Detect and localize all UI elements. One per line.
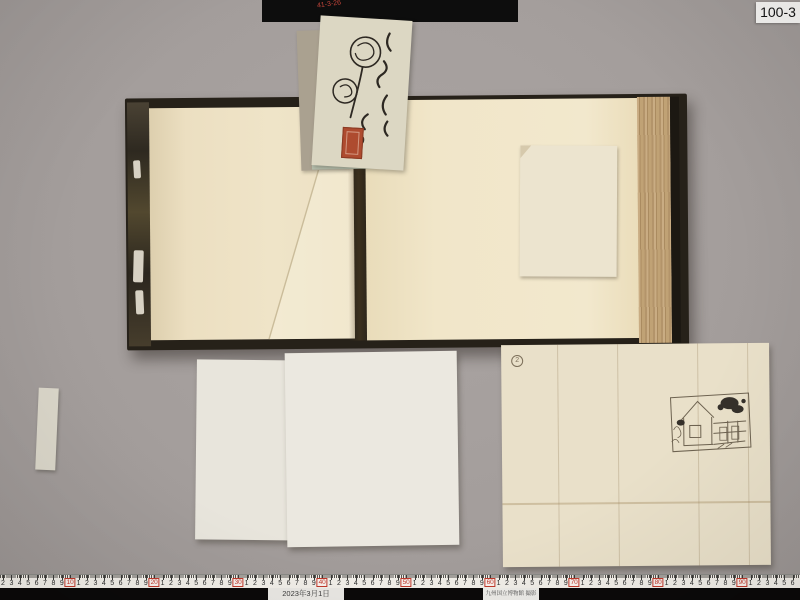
ruler-number: 6: [707, 579, 711, 588]
ruler-number: 3: [345, 579, 349, 588]
ruler-number: 6: [371, 579, 375, 588]
ruler-decade-number: 20: [149, 578, 160, 587]
ruler-number: 6: [119, 579, 123, 588]
ruler-number: 6: [455, 579, 459, 588]
ruler-number: 7: [631, 579, 635, 588]
ruler-number: 8: [135, 579, 139, 588]
ruler-decade-number: 70: [569, 578, 580, 587]
fold-crease: [617, 344, 620, 566]
ruler-number: 4: [774, 579, 778, 588]
museum-credit-label: 九州国立博物館 撮影: [483, 588, 539, 600]
ruler-number: 1: [161, 579, 165, 588]
ruler-number: 2: [337, 579, 341, 588]
ruler-number: 1: [497, 579, 501, 588]
ruler-number: 5: [110, 579, 114, 588]
ruler-number: 9: [396, 579, 400, 588]
ruler-number: 4: [690, 579, 694, 588]
ruler-decade-number: 30: [233, 578, 244, 587]
ruler-number: 3: [261, 579, 265, 588]
ruler-number: 2: [169, 579, 173, 588]
ruler-number: 8: [471, 579, 475, 588]
letter-with-house-sketch: 2: [501, 343, 771, 567]
pasted-postcard: [520, 145, 618, 277]
ruler-number: 8: [723, 579, 727, 588]
ruler-number: 7: [43, 579, 47, 588]
small-label-slip: [35, 388, 59, 471]
ruler-number: 4: [270, 579, 274, 588]
ruler-number: 1: [749, 579, 753, 588]
ruler-number: 2: [589, 579, 593, 588]
ruler-number: 3: [9, 579, 13, 588]
ruler-number: 9: [144, 579, 148, 588]
ruler-number: 4: [522, 579, 526, 588]
ruler-number: 1: [245, 579, 249, 588]
ruler-number: 3: [93, 579, 97, 588]
ruler-number: 1: [413, 579, 417, 588]
paper-tag: [312, 15, 413, 170]
photo-id-label: 100-3: [756, 2, 800, 23]
ruler-decade-number: 80: [653, 578, 664, 587]
ruler-number: 4: [186, 579, 190, 588]
ruler-number: 1: [329, 579, 333, 588]
ruler-number: 8: [51, 579, 55, 588]
ruler-number: 4: [438, 579, 442, 588]
ruler-number: 6: [203, 579, 207, 588]
ruler-number: 2: [505, 579, 509, 588]
ruler-number: 6: [35, 579, 39, 588]
ruler-number: 5: [698, 579, 702, 588]
card-folded-corner: [520, 145, 531, 158]
ruler-decade-number: 90: [737, 578, 748, 587]
ruler-number: 9: [312, 579, 316, 588]
ruler-number: 5: [530, 579, 534, 588]
ruler-number: 2: [85, 579, 89, 588]
spine-tear: [133, 160, 141, 178]
ruler-number: 9: [648, 579, 652, 588]
ruler-decade-number: 50: [401, 578, 412, 587]
ruler-number: 5: [782, 579, 786, 588]
ruler-number: 1: [581, 579, 585, 588]
photo-date-label: 2023年3月1日: [268, 588, 344, 600]
letter-sheet-front: [285, 351, 460, 547]
ruler-number: 2: [253, 579, 257, 588]
ruler-number: 2: [757, 579, 761, 588]
ruler-number: 9: [480, 579, 484, 588]
ruler-number: 7: [211, 579, 215, 588]
ruler-number: 6: [623, 579, 627, 588]
open-album-book: [125, 94, 689, 351]
ruler-number: 6: [287, 579, 291, 588]
fold-crease-horizontal: [502, 501, 770, 505]
ruler-number: 2: [421, 579, 425, 588]
ruler-number: 5: [362, 579, 366, 588]
stamp-inner-frame: [345, 131, 359, 155]
ruler-number: 5: [194, 579, 198, 588]
ruler-number: 8: [555, 579, 559, 588]
ruler-number: 9: [228, 579, 232, 588]
ruler-number: 7: [715, 579, 719, 588]
ruler-number: 6: [539, 579, 543, 588]
ruler-number: 6: [791, 579, 795, 588]
red-postage-stamp: [341, 127, 364, 159]
ruler-decade-number: 60: [485, 578, 496, 587]
ruler-number: 3: [429, 579, 433, 588]
ruler-number: 7: [295, 579, 299, 588]
ruler-number: 7: [379, 579, 383, 588]
ruler-number: 5: [446, 579, 450, 588]
ruler-number: 7: [127, 579, 131, 588]
ruler-number: 4: [606, 579, 610, 588]
ruler-number: 9: [60, 579, 64, 588]
circled-page-number: 2: [511, 355, 523, 367]
spine-tear: [133, 250, 144, 282]
centimeter-ruler: 2345678910123456789201234567893012345678…: [0, 574, 800, 588]
ruler-number: 5: [614, 579, 618, 588]
ruler-number: 3: [177, 579, 181, 588]
ruler-number: 9: [564, 579, 568, 588]
ruler-number: 4: [18, 579, 22, 588]
ruler-number: 8: [639, 579, 643, 588]
ruler-number: 1: [77, 579, 81, 588]
ruler-number: 8: [219, 579, 223, 588]
color-calibration-patches: [345, 588, 483, 600]
ruler-number: 4: [354, 579, 358, 588]
ruler-number: 7: [463, 579, 467, 588]
book-spine-worn: [127, 102, 151, 346]
photograph-stage: 100-3: [0, 0, 800, 600]
ruler-number: 4: [102, 579, 106, 588]
ruler-number: 5: [26, 579, 30, 588]
ruler-number: 7: [547, 579, 551, 588]
ruler-number: 8: [387, 579, 391, 588]
ruler-decade-number: 10: [65, 578, 76, 587]
ruler-number: 3: [681, 579, 685, 588]
ruler-number: 8: [303, 579, 307, 588]
fold-crease: [557, 345, 560, 567]
ruler-decade-number: 40: [317, 578, 328, 587]
ruler-number: 9: [732, 579, 736, 588]
ruler-number: 3: [597, 579, 601, 588]
ruler-number: 2: [673, 579, 677, 588]
ruler-number: 3: [765, 579, 769, 588]
spine-tear: [135, 290, 144, 314]
ruler-number: 1: [665, 579, 669, 588]
ruler-number: 2: [1, 579, 5, 588]
ruler-number: 5: [278, 579, 282, 588]
ruler-number: 3: [513, 579, 517, 588]
album-page-edges: [637, 97, 681, 343]
bottom-info-strip: 2023年3月1日 九州国立博物館 撮影: [0, 588, 800, 600]
